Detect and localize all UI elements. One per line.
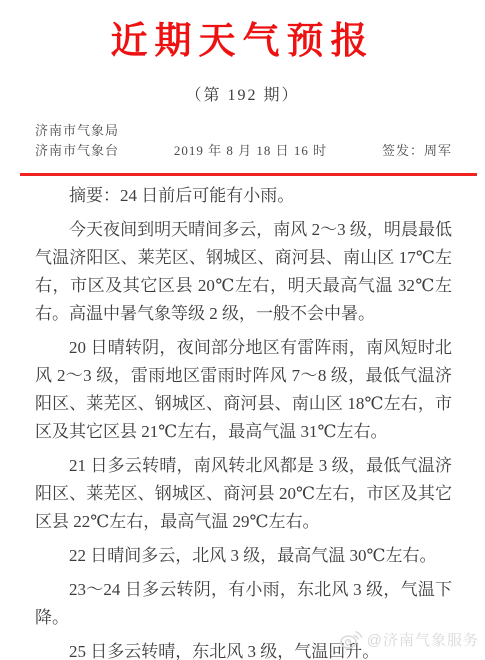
- forecast-aug20-paragraph: 20 日晴转阴，夜间部分地区有雷阵雨，南风短时北风 2～3 级，雷雨地区雷雨时阵…: [35, 334, 452, 446]
- document-title: 近期天气预报: [0, 20, 485, 62]
- forecast-aug23-24-paragraph: 23～24 日多云转阴，有小雨，东北风 3 级，气温下降。: [35, 576, 452, 632]
- red-divider-rule: [20, 173, 477, 176]
- summary-paragraph: 摘要：24 日前后可能有小雨。: [35, 182, 452, 210]
- forecast-aug21-paragraph: 21 日多云转晴，南风转北风都是 3 级，最低气温济阳区、莱芜区、钢城区、商河县…: [35, 452, 452, 536]
- watermark: @济南气象服务: [339, 629, 479, 650]
- forecast-body: 摘要：24 日前后可能有小雨。 今天夜间到明天晴间多云，南风 2～3 级，明晨最…: [35, 182, 452, 660]
- signer-label: 签发：周军: [382, 141, 452, 161]
- document-meta: 济南市气象局 济南市气象台 2019 年 8 月 18 日 16 时 签发：周军: [35, 121, 452, 161]
- watermark-handle: @济南气象服务: [367, 629, 479, 650]
- agency-line-bureau: 济南市气象局: [35, 121, 119, 141]
- forecast-today-paragraph: 今天夜间到明天晴间多云，南风 2～3 级，明晨最低气温济阳区、莱芜区、钢城区、商…: [35, 216, 452, 328]
- issue-datetime: 2019 年 8 月 18 日 16 时: [174, 141, 327, 161]
- document-page: 近期天气预报 （第 192 期） 济南市气象局 济南市气象台 2019 年 8 …: [0, 0, 485, 660]
- agency-line-station: 济南市气象台: [35, 141, 119, 161]
- issue-number: （第 192 期）: [0, 86, 485, 105]
- forecast-aug22-paragraph: 22 日晴间多云，北风 3 级，最高气温 30℃左右。: [35, 542, 452, 570]
- weibo-icon: [339, 629, 363, 650]
- agency-block: 济南市气象局 济南市气象台: [35, 121, 119, 161]
